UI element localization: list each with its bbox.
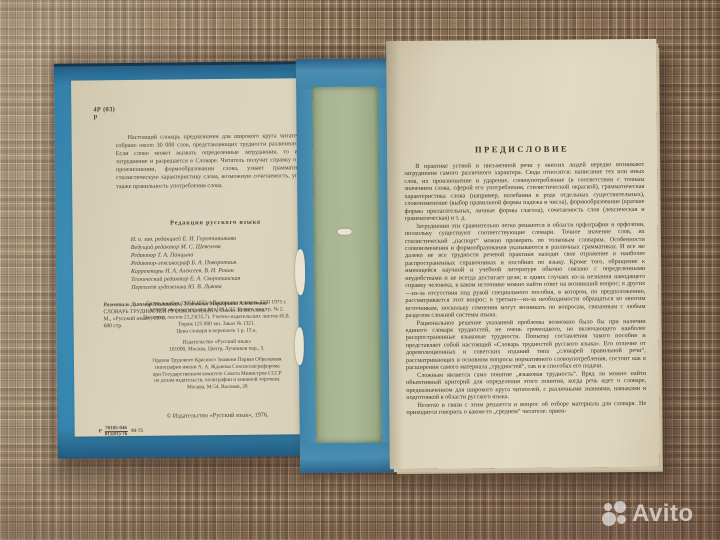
classification-code-line1: 4Р (03) xyxy=(93,106,115,114)
classification-code: 4Р (03) Р xyxy=(93,106,115,122)
blue-tape-top xyxy=(296,58,398,89)
preface-text: В практике устной и письменной речи у мн… xyxy=(404,161,646,416)
page-gutter-shadow xyxy=(386,41,404,469)
photo-of-open-book: 4Р (03) Р Настоящий словарь предназначен… xyxy=(0,0,720,540)
staff-list: И. о. зав. редакцией Е. И. Горотинникова… xyxy=(131,235,241,292)
preface-paragraph: В практике устной и письменной речи у мн… xyxy=(404,161,645,223)
avito-watermark: Avito xyxy=(602,500,694,528)
preface-heading: ПРЕДИСЛОВИЕ xyxy=(387,143,657,155)
torn-paper-patch xyxy=(295,327,304,365)
blue-tape-bottom xyxy=(300,442,402,473)
catalog-code-suffix: 93-75 xyxy=(131,429,143,435)
preface-page: ПРЕДИСЛОВИЕ В практике устной и письменн… xyxy=(386,39,660,469)
catalog-code-denominator: 015(01)-76 xyxy=(105,431,128,438)
paper-scrap xyxy=(338,229,352,235)
classification-code-line2: Р xyxy=(93,114,115,122)
catalog-code-prefix: Р xyxy=(99,429,102,435)
staff-line: Переплет художника Ю. В. Львова xyxy=(131,283,240,292)
catalog-code: Р 70105-046 015(01)-76 93-75 xyxy=(99,426,143,439)
green-endpaper-panel xyxy=(312,86,382,443)
left-book-side: 4Р (03) Р Настоящий словарь предназначен… xyxy=(50,56,402,480)
avito-wordmark: Avito xyxy=(632,500,694,528)
preface-paragraph: Нелегко в связи с этим решается и вопрос… xyxy=(406,399,646,416)
preface-paragraph: Рациональное решение указанной проблемы … xyxy=(406,317,646,371)
avito-logo-icon xyxy=(602,501,628,527)
preface-paragraph: Сложным является само понятие „языковая … xyxy=(406,370,646,402)
torn-paper-patch xyxy=(295,249,305,295)
preface-paragraph: Затруднения эти сравнительно легко решаю… xyxy=(405,221,646,320)
catalog-code-fraction: 70105-046 015(01)-76 xyxy=(105,426,128,438)
